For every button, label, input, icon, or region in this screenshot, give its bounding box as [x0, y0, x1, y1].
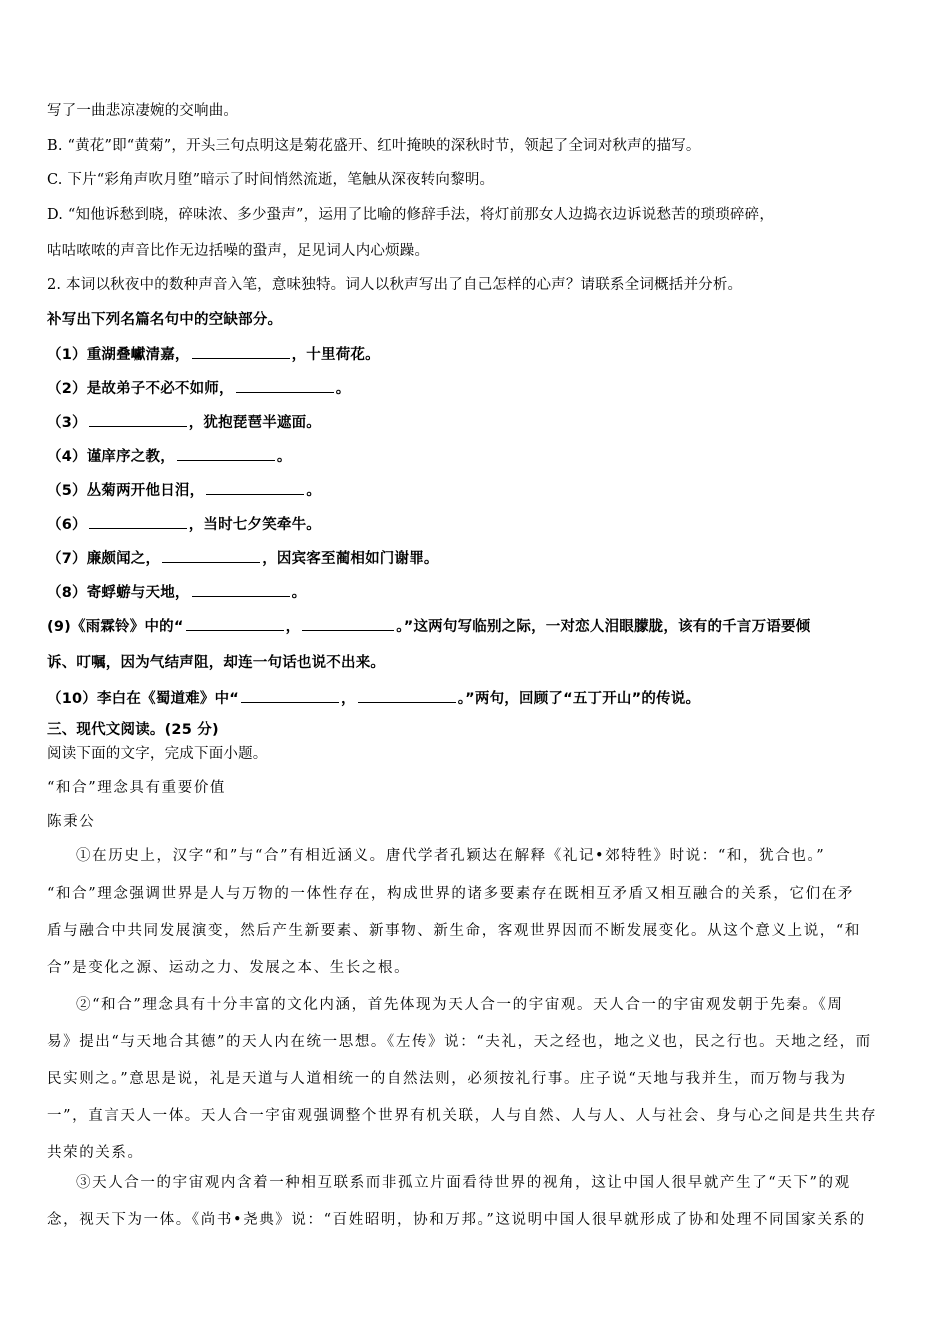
paragraph-2-line-3: 民实则之。”意思是说，礼是天道与人道相统一的自然法则，必须按礼行事。庄子说“天地…: [47, 1069, 847, 1089]
paragraph-3-line-2: 念，视天下为一体。《尚书•尧典》说：“百姓昭明，协和万邦。”这说明中国人很早就形…: [47, 1210, 866, 1230]
article-title: “和合”理念具有重要价值: [47, 778, 226, 798]
answer-blank[interactable]: [206, 480, 304, 495]
fill-in-item-4: （4）谨庠序之教，。: [47, 446, 292, 467]
fill-in-item-5: （5）丛菊两开他日泪，。: [47, 480, 321, 501]
question-2: 2. 本词以秋夜中的数种声音入笔，意味独特。词人以秋声写出了自己怎样的心声？请联…: [47, 275, 742, 295]
fill-in-item-9-continuation: 诉、叮嘱，因为气结声阻，却连一句话也说不出来。: [47, 653, 385, 673]
fill-in-item-10: （10）李白在《蜀道难》中“，。”两句，回顾了“五丁开山”的传说。: [47, 688, 700, 709]
fill-in-item-9: (9)《雨霖铃》中的“，。”这两句写临别之际，一对恋人泪眼朦胧，该有的千言万语要…: [47, 616, 810, 637]
option-b: B. “黄花”即“黄菊”，开头三句点明这是菊花盛开、红叶掩映的深秋时节，领起了全…: [47, 136, 701, 156]
item-number: （8）: [47, 585, 87, 601]
item-text-before: 《雨霖铃》中的“: [71, 619, 184, 635]
answer-blank[interactable]: [89, 412, 187, 427]
item-number: （10）: [47, 691, 97, 707]
item-number: (9): [47, 619, 71, 635]
paragraph-2-line-4: 一”，直言天人一体。天人合一宇宙观强调整个世界有机关联，人与自然、人与人、人与社…: [47, 1106, 877, 1126]
item-number: （1）: [47, 347, 87, 363]
item-text-after: 。: [292, 585, 307, 601]
item-text-after: ，因宾客至蔺相如门谢罪。: [262, 551, 438, 567]
answer-blank[interactable]: [192, 582, 290, 597]
item-number: （6）: [47, 517, 87, 533]
fill-in-item-6: （6），当时七夕笑牵牛。: [47, 514, 321, 535]
answer-blank[interactable]: [192, 344, 290, 359]
answer-blank-1[interactable]: [241, 688, 339, 703]
item-text-before: 是故弟子不必不如师，: [87, 381, 234, 397]
item-text-middle: ，: [341, 691, 356, 707]
item-text-after: 。: [336, 381, 351, 397]
section-heading: 三、现代文阅读。(25 分): [47, 720, 219, 740]
item-text-after: 。”这两句写临别之际，一对恋人泪眼朦胧，该有的千言万语要倾: [396, 619, 810, 635]
option-c: C. 下片“彩角声吹月堕”暗示了时间悄然流逝，笔触从深夜转向黎明。: [47, 170, 494, 190]
document-page: 写了一曲悲凉凄婉的交响曲。 B. “黄花”即“黄菊”，开头三句点明这是菊花盛开、…: [0, 0, 950, 1344]
answer-blank[interactable]: [177, 446, 275, 461]
item-number: （5）: [47, 483, 87, 499]
paragraph-1-line-3: 盾与融合中共同发展演变，然后产生新要素、新事物、新生命，客观世界因而不断发展变化…: [47, 921, 861, 941]
paragraph-1-line-1: ①在历史上，汉字“和”与“合”有相近涵义。唐代学者孔颖达在解释《礼记•郊特牲》时…: [47, 846, 825, 866]
fill-in-item-3: （3），犹抱琵琶半遮面。: [47, 412, 321, 433]
item-text-before: 李白在《蜀道难》中“: [97, 691, 239, 707]
paragraph-2-line-2: 易》提出“与天地合其德”的天人内在统一思想。《左传》说：“夫礼，天之经也，地之义…: [47, 1032, 872, 1052]
option-d-line2: 咕咕哝哝的声音比作无边括噪的蛩声，足见词人内心烦躁。: [47, 241, 429, 261]
paragraph-2-line-1: ②“和合”理念具有十分丰富的文化内涵，首先体现为天人合一的宇宙观。天人合一的宇宙…: [47, 995, 843, 1015]
item-text-after: 。”两句，回顾了“五丁开山”的传说。: [458, 691, 700, 707]
item-number: （7）: [47, 551, 87, 567]
paragraph-3-line-1: ③天人合一的宇宙观内含着一种相互联系而非孤立片面看待世界的视角，这让中国人很早就…: [47, 1173, 851, 1193]
answer-blank-2[interactable]: [302, 616, 394, 631]
option-a-continuation: 写了一曲悲凉凄婉的交响曲。: [47, 101, 238, 121]
item-text-before: 寄蜉蝣与天地，: [87, 585, 190, 601]
fill-in-item-7: （7）廉颇闻之，，因宾客至蔺相如门谢罪。: [47, 548, 439, 569]
answer-blank-2[interactable]: [358, 688, 456, 703]
item-text-after: 。: [306, 483, 321, 499]
item-number: （4）: [47, 449, 87, 465]
item-text-before: 谨庠序之教，: [87, 449, 175, 465]
article-author: 陈秉公: [47, 812, 95, 832]
fill-in-title: 补写出下列名篇名句中的空缺部分。: [47, 310, 282, 330]
fill-in-item-1: （1）重湖叠巘清嘉，，十里荷花。: [47, 344, 380, 365]
item-text-before: 重湖叠巘清嘉，: [87, 347, 190, 363]
section-instruction: 阅读下面的文字，完成下面小题。: [47, 744, 268, 764]
paragraph-2-line-5: 共荣的关系。: [47, 1143, 144, 1163]
option-d-line1: D. “知他诉愁到晓，碎味浓、多少蛩声”，运用了比喻的修辞手法，将灯前那女人边捣…: [47, 205, 774, 225]
paragraph-1-line-4: 合”是变化之源、运动之力、发展之本、生长之根。: [47, 958, 410, 978]
paragraph-1-line-2: “和合”理念强调世界是人与万物的一体性存在，构成世界的诸多要素存在既相互矛盾又相…: [47, 884, 854, 904]
fill-in-item-8: （8）寄蜉蝣与天地，。: [47, 582, 306, 603]
item-number: （2）: [47, 381, 87, 397]
item-text-before: 廉颇闻之，: [87, 551, 161, 567]
answer-blank[interactable]: [162, 548, 260, 563]
answer-blank[interactable]: [236, 378, 334, 393]
item-text-before: 丛菊两开他日泪，: [87, 483, 205, 499]
answer-blank-1[interactable]: [186, 616, 284, 631]
item-text-after: 。: [277, 449, 292, 465]
item-text-middle: ，: [286, 619, 301, 635]
answer-blank[interactable]: [89, 514, 187, 529]
item-text-after: ，犹抱琵琶半遮面。: [189, 415, 321, 431]
item-number: （3）: [47, 415, 87, 431]
fill-in-item-2: （2）是故弟子不必不如师，。: [47, 378, 350, 399]
item-text-after: ，当时七夕笑牵牛。: [189, 517, 321, 533]
item-text-after: ，十里荷花。: [292, 347, 380, 363]
